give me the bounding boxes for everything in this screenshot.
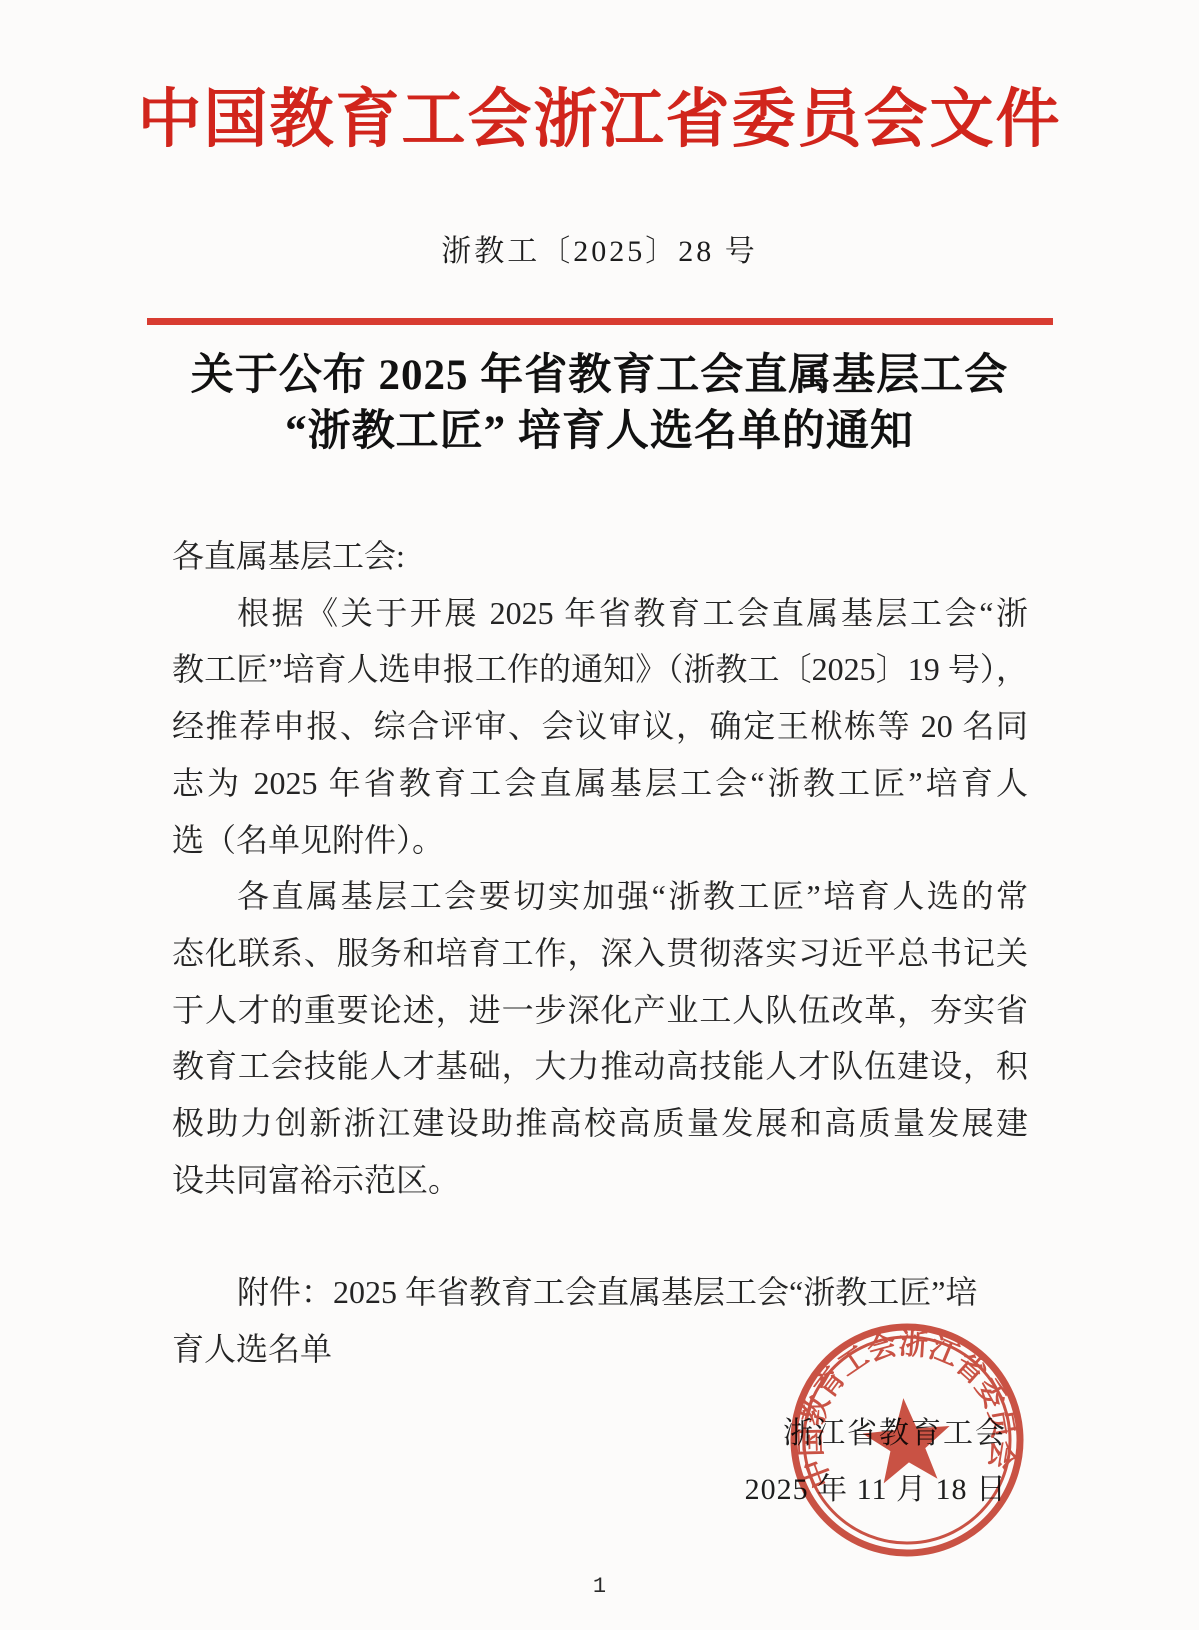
body-line: 极助力创新浙江建设助推高校高质量发展和高质量发展建 [172,1095,1028,1152]
body-line: 选（名单见附件）。 [172,812,1028,869]
body-line: 教工匠”培育人选申报工作的通知》（浙教工〔2025〕19 号）， [172,641,1028,698]
document-body: 各直属基层工会: 根据《关于开展 2025 年省教育工会直属基层工会“浙 教工匠… [172,528,1028,1208]
attachment-line1: 附件：2025 年省教育工会直属基层工会“浙教工匠”培 [172,1264,1028,1321]
notice-title-line1: 关于公布 2025 年省教育工会直属基层工会 [0,348,1199,404]
body-line: 于人才的重要论述，进一步深化产业工人队伍改革，夯实省 [172,982,1028,1039]
document-number: 浙教工〔2025〕28 号 [0,226,1199,270]
body-line: 教育工会技能人才基础，大力推动高技能人才队伍建设，积 [172,1038,1028,1095]
notice-title: 关于公布 2025 年省教育工会直属基层工会 “浙教工匠” 培育人选名单的通知 [0,348,1199,460]
body-line: 态化联系、服务和培育工作，深入贯彻落实习近平总书记关 [172,925,1028,982]
body-line: 根据《关于开展 2025 年省教育工会直属基层工会“浙 [172,585,1028,642]
body-line: 设共同富裕示范区。 [172,1152,1028,1209]
official-seal-stamp: 中国教育工会浙江省委员会 [777,1308,1037,1572]
notice-title-line2: “浙教工匠” 培育人选名单的通知 [0,404,1199,460]
official-document-page: 中国教育工会浙江省委员会文件 浙教工〔2025〕28 号 关于公布 2025 年… [0,0,1199,1630]
body-line: 各直属基层工会要切实加强“浙教工匠”培育人选的常 [172,868,1028,925]
body-line: 志为 2025 年省教育工会直属基层工会“浙教工匠”培育人 [172,755,1028,812]
page-number: 1 [0,1574,1199,1599]
document-header-title: 中国教育工会浙江省委员会文件 [0,68,1199,160]
salutation-line: 各直属基层工会: [172,528,1028,585]
red-star-icon [860,1394,954,1485]
body-line: 经推荐申报、综合评审、会议审议，确定王栿栋等 20 名同 [172,698,1028,755]
red-divider-line [147,318,1053,325]
